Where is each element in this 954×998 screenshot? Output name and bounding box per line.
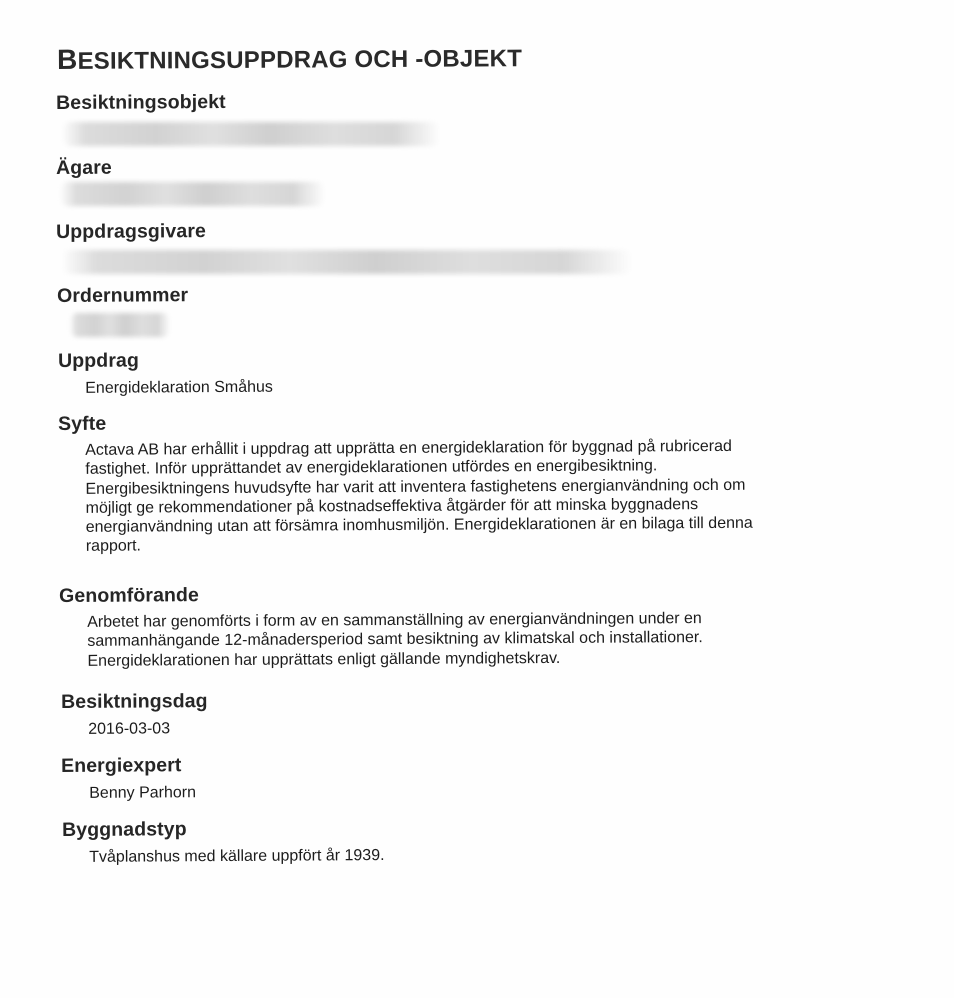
section-text: Tvåplanshus med källare uppfört år 1939. (89, 846, 384, 867)
section-heading: Uppdrag (58, 349, 273, 373)
section-heading: Byggnadstyp (62, 817, 384, 842)
page-title: BESIKTNINGSUPPDRAG OCH -OBJEKT (57, 41, 522, 76)
section-syfte: Syfte Actava AB har erhållit i uppdrag a… (58, 409, 753, 557)
text-line: Energideklarationen har upprättats enlig… (87, 648, 703, 671)
section-heading: Ordernummer (57, 284, 188, 308)
section-heading: Ägare (56, 157, 112, 180)
text-line: sammanhängande 12-månadersperiod samt be… (87, 628, 703, 651)
section-heading: Syfte (58, 409, 752, 436)
section-text: Benny Parhorn (89, 783, 196, 803)
redacted-besiktningsobjekt-value (62, 122, 440, 146)
section-heading: Energiexpert (61, 754, 196, 778)
section-genomforande: Genomförande Arbetet har genomförts i fo… (59, 581, 703, 671)
redacted-ordernummer-value (70, 313, 170, 337)
section-byggnadstyp: Byggnadstyp Tvåplanshus med källare uppf… (62, 817, 385, 867)
text-line: rapport. (86, 533, 753, 556)
section-besiktningsobjekt: Besiktningsobjekt (56, 91, 226, 115)
redacted-agare-value (60, 182, 325, 206)
section-heading: Besiktningsdag (61, 690, 208, 714)
text-line: Benny Parhorn (89, 783, 196, 803)
text-line: 2016-03-03 (88, 719, 208, 739)
title-rest: ESIKTNINGSUPPDRAG OCH -OBJEKT (77, 45, 522, 75)
section-heading: Besiktningsobjekt (56, 91, 226, 115)
redacted-uppdragsgivare-value (62, 250, 632, 274)
section-text: Arbetet har genomförts i form av en samm… (87, 609, 703, 671)
section-uppdragsgivare: Uppdragsgivare (56, 220, 206, 244)
section-heading: Uppdragsgivare (56, 220, 206, 244)
section-agare: Ägare (56, 157, 112, 180)
section-ordernummer: Ordernummer (57, 284, 188, 308)
section-text: 2016-03-03 (88, 719, 208, 739)
title-initial: B (57, 44, 78, 75)
section-uppdrag: Uppdrag Energideklaration Småhus (58, 349, 273, 399)
section-text: Actava AB har erhållit i uppdrag att upp… (85, 437, 753, 557)
section-besiktningsdag: Besiktningsdag 2016-03-03 (61, 690, 208, 739)
section-heading: Genomförande (59, 581, 703, 608)
section-text: Energideklaration Småhus (85, 378, 273, 398)
document-page: BESIKTNINGSUPPDRAG OCH -OBJEKT Besiktnin… (0, 0, 954, 998)
section-energiexpert: Energiexpert Benny Parhorn (61, 754, 196, 803)
text-line: Energideklaration Småhus (85, 378, 273, 398)
text-line: Tvåplanshus med källare uppfört år 1939. (89, 846, 384, 867)
